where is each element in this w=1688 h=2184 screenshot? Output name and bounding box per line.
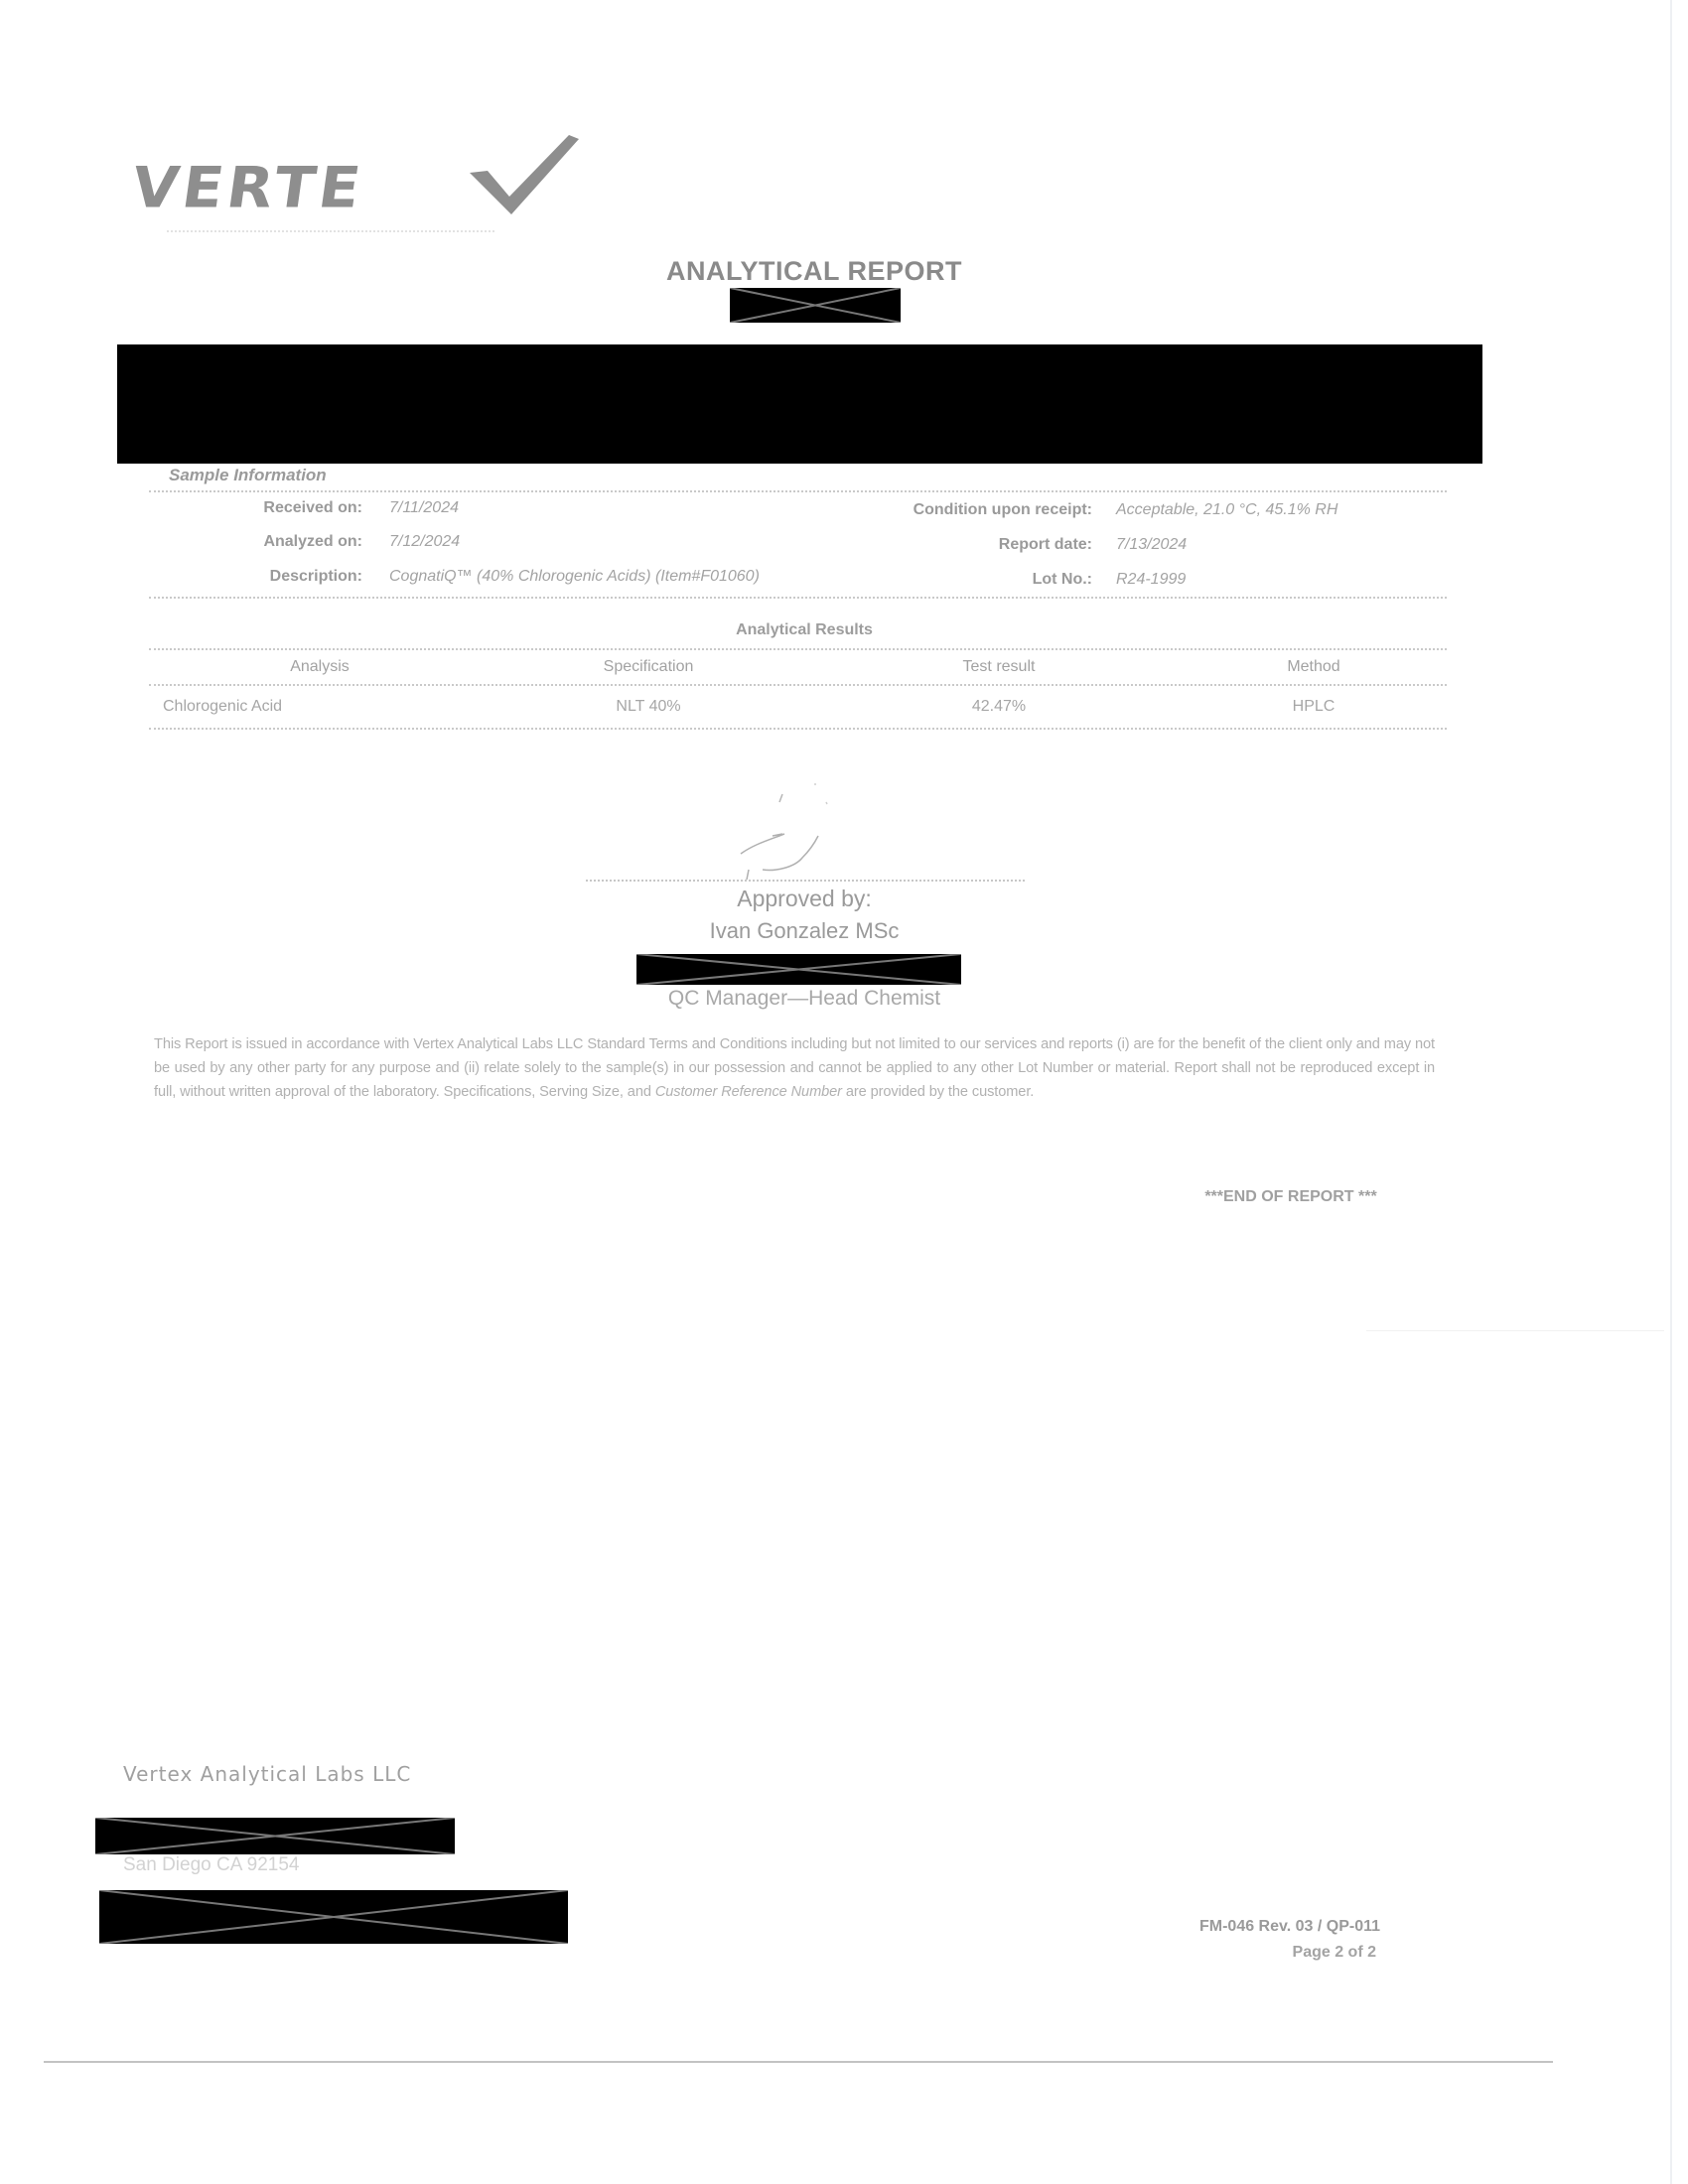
received-on-label: Received on: bbox=[149, 499, 362, 517]
form-number: FM-046 Rev. 03 / QP-011 bbox=[1112, 1918, 1380, 1936]
redacted-contact-info bbox=[99, 1890, 568, 1944]
cell-specification: NLT 40% bbox=[549, 698, 748, 716]
redacted-approver-credentials bbox=[636, 954, 961, 985]
approved-by-label: Approved by: bbox=[556, 886, 1053, 912]
redacted-street-address bbox=[95, 1818, 455, 1854]
description-label: Description: bbox=[149, 568, 362, 586]
logo-wordmark: VERTE bbox=[128, 155, 368, 221]
logo-tagline bbox=[167, 230, 494, 235]
footer-city: San Diego CA 92154 bbox=[123, 1854, 299, 1876]
checkmark-icon bbox=[470, 135, 579, 214]
bottom-rule bbox=[44, 2061, 1553, 2063]
description-value: CognatiQ™ (40% Chlorogenic Acids) (Item#… bbox=[389, 568, 760, 586]
redacted-client-banner bbox=[117, 344, 1482, 464]
approver-title: QC Manager—Head Chemist bbox=[556, 987, 1053, 1011]
condition-label: Condition upon receipt: bbox=[844, 501, 1092, 519]
approver-name: Ivan Gonzalez MSc bbox=[556, 918, 1053, 944]
column-header-test-result: Test result bbox=[900, 658, 1098, 676]
divider bbox=[149, 490, 1447, 492]
lot-no-label: Lot No.: bbox=[844, 571, 1092, 589]
disclaimer-text: This Report is issued in accordance with… bbox=[154, 1032, 1435, 1104]
divider bbox=[149, 684, 1447, 686]
column-header-analysis: Analysis bbox=[220, 658, 419, 676]
report-date-label: Report date: bbox=[844, 536, 1092, 554]
scan-artifact bbox=[1366, 1330, 1664, 1331]
analyzed-on-label: Analyzed on: bbox=[149, 533, 362, 551]
disclaimer-emphasis: Customer Reference Number bbox=[655, 1084, 842, 1100]
report-date-value: 7/13/2024 bbox=[1116, 536, 1187, 554]
cell-analysis: Chlorogenic Acid bbox=[163, 698, 282, 716]
cell-method: HPLC bbox=[1214, 698, 1413, 716]
analyzed-on-value: 7/12/2024 bbox=[389, 533, 460, 551]
column-header-method: Method bbox=[1214, 658, 1413, 676]
divider bbox=[149, 648, 1447, 650]
company-logo: VERTE bbox=[137, 135, 584, 244]
signature-line bbox=[586, 880, 1025, 882]
analytical-results-heading: Analytical Results bbox=[139, 621, 1470, 639]
page-number: Page 2 of 2 bbox=[1112, 1944, 1376, 1962]
divider bbox=[149, 597, 1447, 599]
footer-company-name: Vertex Analytical Labs LLC bbox=[123, 1762, 411, 1786]
end-of-report: ***END OF REPORT *** bbox=[1142, 1188, 1440, 1206]
signature bbox=[715, 774, 864, 884]
condition-value: Acceptable, 21.0 °C, 45.1% RH bbox=[1116, 501, 1337, 519]
sample-information-heading: Sample Information bbox=[169, 466, 327, 485]
lot-no-value: R24-1999 bbox=[1116, 571, 1186, 589]
redacted-report-number bbox=[730, 288, 901, 323]
disclaimer-part: are provided by the customer. bbox=[842, 1084, 1034, 1100]
cell-test-result: 42.47% bbox=[900, 698, 1098, 716]
report-title: ANALYTICAL REPORT bbox=[596, 256, 1033, 287]
received-on-value: 7/11/2024 bbox=[389, 499, 459, 517]
divider bbox=[149, 728, 1447, 730]
column-header-specification: Specification bbox=[549, 658, 748, 676]
scan-edge bbox=[1670, 0, 1672, 2184]
